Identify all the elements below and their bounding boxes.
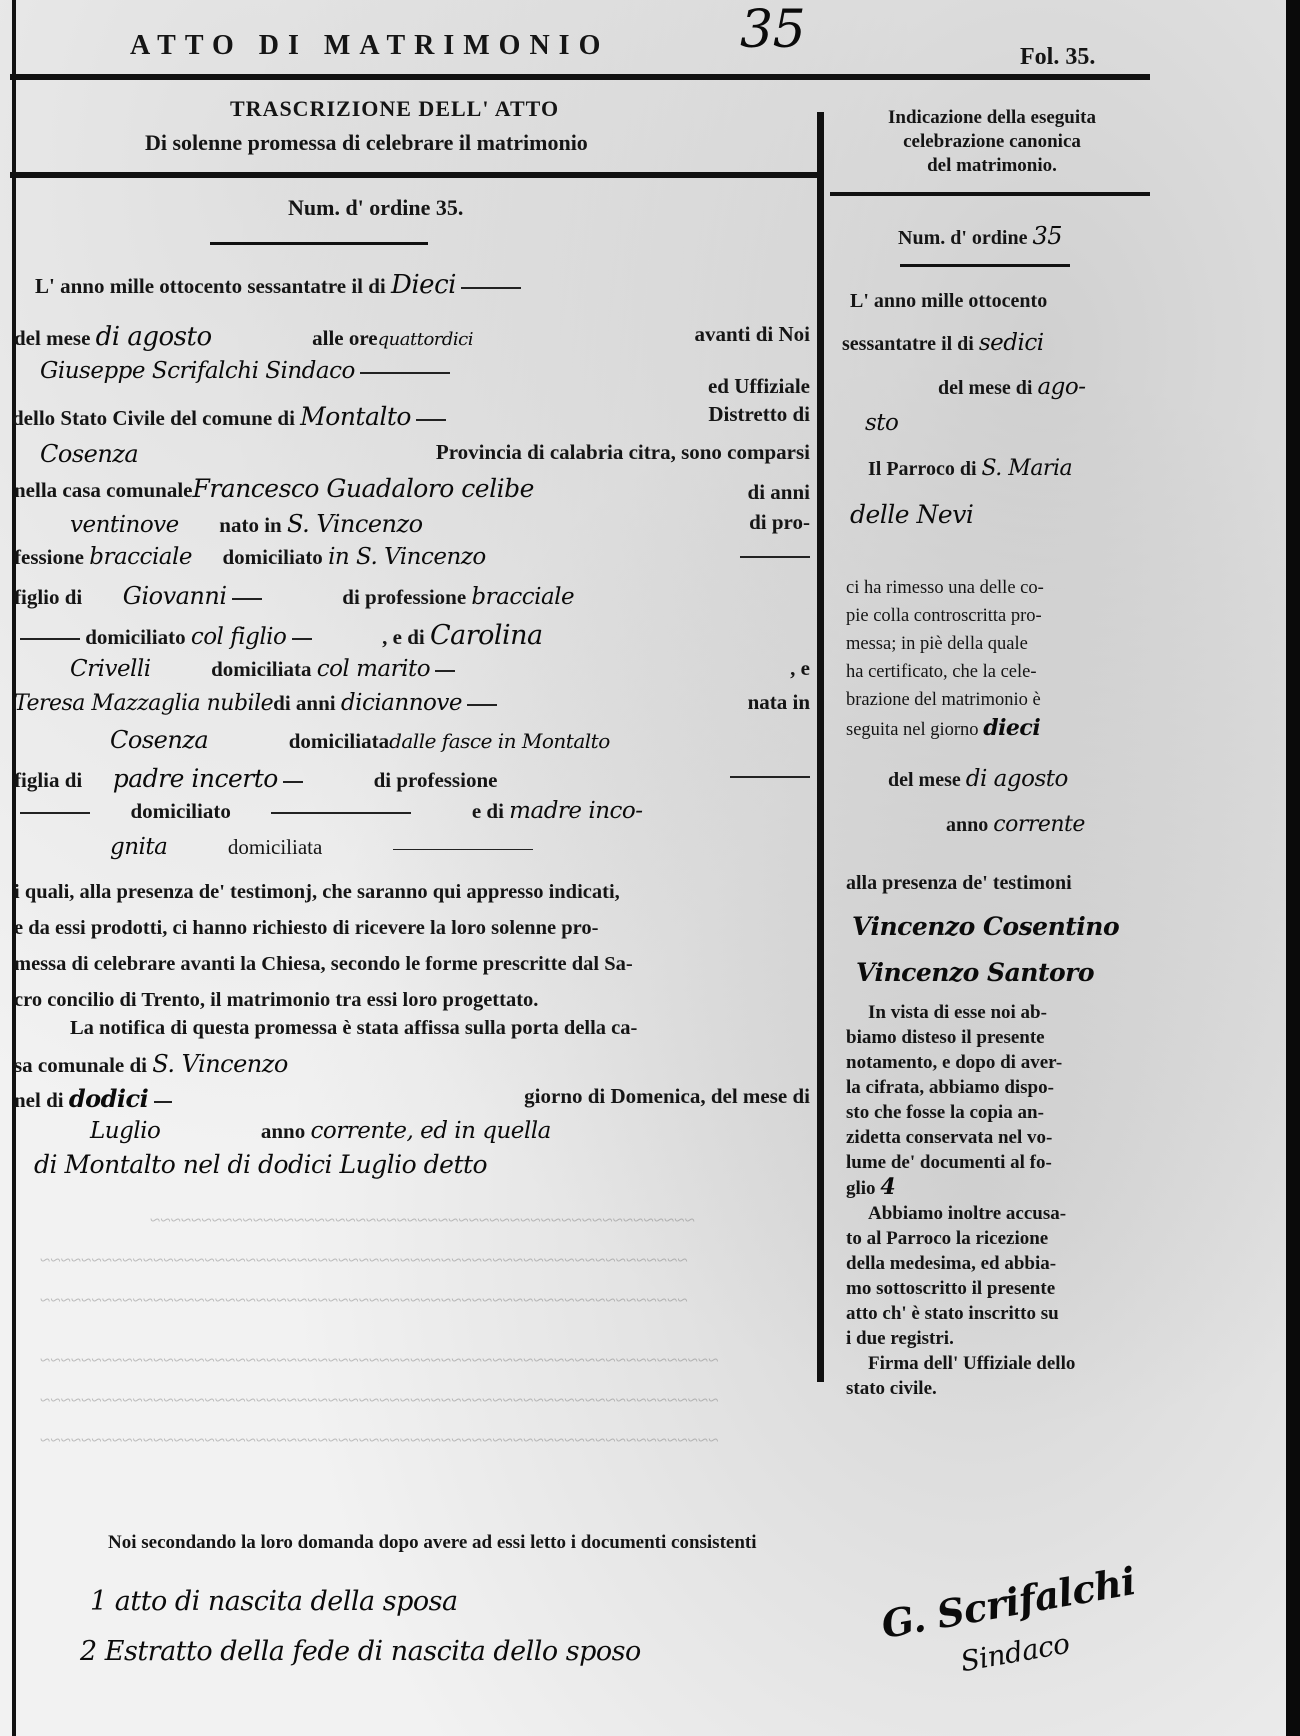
header-rule [10, 74, 1150, 80]
form-line-15: domiciliato e di madre inco- [20, 798, 810, 824]
right-heading: Indicazione della eseguita celebrazione … [842, 106, 1142, 178]
form-line-13: Cosenza domiciliatadalle fasce in Montal… [110, 726, 810, 754]
form-line-2: del mese di agosto alle orequattordici a… [14, 322, 810, 352]
right-line-5: Il Parroco di S. Maria [868, 456, 1072, 481]
form-line-5: Cosenza Provincia di calabria citra, son… [40, 440, 810, 468]
witness-1: Vincenzo Cosentino [852, 912, 1119, 941]
right-closing: In vista di esse noi ab- biamo disteso i… [846, 1000, 1075, 1401]
document-item-1: 1 atto di nascita della sposa [90, 1586, 458, 1617]
form-line-6: nella casa comunaleFrancesco Guadaloro c… [14, 474, 810, 505]
official-signature: G. Scrifalchi [878, 1558, 1139, 1647]
form-line-9: figlio di Giovanni di professione bracci… [14, 582, 810, 610]
left-heading: TRASCRIZIONE DELL' ATTO [230, 96, 559, 122]
form-line-3: Giuseppe Scrifalchi Sindaco ed Uffiziale [40, 358, 810, 399]
document-item-2: 2 Estratto della fede di nascita dello s… [80, 1636, 641, 1667]
official-signature-title: Sindaco [958, 1627, 1072, 1679]
left-subheading: Di solenne promessa di celebrare il matr… [145, 130, 588, 156]
bleed-through-text: ~~~~~~~~~~~~~~~~~~~~~~~~~~~~~~~~~~~~~~~~… [40, 1350, 718, 1372]
form-line-14: figlia di padre incerto di professione [14, 764, 810, 793]
bleed-through-text: ~~~~~~~~~~~~~~~~~~~~~~~~~~~~~~~~~~~~~~~~… [40, 1430, 718, 1452]
right-line-3: del mese di ago- [938, 374, 1086, 400]
form-line-8: fessione bracciale domiciliato in S. Vin… [14, 544, 810, 570]
witness-2: Vincenzo Santoro [856, 958, 1094, 987]
right-line-4: sto [865, 410, 898, 436]
right-mese: del mese di agosto [888, 766, 1068, 792]
form-line-16: gnita domiciliata [110, 834, 810, 860]
right-heading-rule [830, 192, 1150, 196]
form-line-4: dello Stato Civile del comune di Montalt… [12, 402, 810, 431]
notice-line-2: sa comunale di S. Vincenzo [14, 1050, 288, 1078]
notice-line-4: Luglio anno corrente, ed in quella [90, 1118, 810, 1144]
right-line-6: delle Nevi [850, 500, 973, 529]
notice-line-3: nel di dodici giorno di Domenica, del me… [14, 1084, 810, 1113]
form-line-1: L' anno mille ottocento sessantatre il d… [35, 270, 521, 300]
left-order-number: Num. d' ordine 35. [288, 195, 463, 221]
bleed-through-text: ~~~~~~~~~~~~~~~~~~~~~~~~~~~~~~~~~~~~~~~~… [40, 1390, 718, 1412]
right-line-1: L' anno mille ottocento [850, 290, 1047, 313]
folio-number: Fol. 35. [1020, 44, 1095, 71]
left-heading-rule [10, 172, 822, 178]
footer-statement: Noi secondando la loro domanda dopo aver… [108, 1532, 757, 1554]
bleed-through-text: ~~~~~~~~~~~~~~~~~~~~~~~~~~~~~~~~~~~~~~~~… [40, 1250, 688, 1272]
right-paragraph: ci ha rimesso una delle co- pie colla co… [846, 574, 1044, 744]
declaration-paragraph: i quali, alla presenza de' testimonj, ch… [14, 874, 633, 1018]
form-line-10: domiciliato col figlio , e di Carolina [20, 620, 810, 651]
document-page: ATTO DI MATRIMONIO 35 Fol. 35. TRASCRIZI… [0, 0, 1300, 1736]
right-order-underline [900, 264, 1070, 267]
right-line-2: sessantatre il di sedici [842, 330, 1044, 356]
right-anno: anno corrente [946, 812, 1085, 837]
notice-line-1: La notifica di questa promessa è stata a… [70, 1017, 637, 1040]
notice-line-5: di Montalto nel di dodici Luglio detto [34, 1150, 487, 1179]
document-title: ATTO DI MATRIMONIO [130, 30, 609, 62]
order-number-underline-a [210, 242, 320, 245]
form-line-12: Teresa Mazzaglia nubiledi anni diciannov… [14, 690, 810, 716]
form-line-7: ventinove nato in S. Vincenzo di pro- [70, 510, 810, 538]
form-line-11: Crivelli domiciliata col marito , e [70, 656, 810, 682]
bleed-through-text: ~~~~~~~~~~~~~~~~~~~~~~~~~~~~~~~~~~~~~~~~… [150, 1210, 695, 1232]
order-number-underline-b [318, 242, 428, 245]
column-divider [817, 112, 824, 1382]
handwritten-folio-mark: 35 [740, 0, 805, 60]
page-right-edge [1286, 0, 1300, 1736]
right-witness-label: alla presenza de' testimoni [846, 872, 1072, 895]
page-left-border [12, 0, 16, 1736]
bleed-through-text: ~~~~~~~~~~~~~~~~~~~~~~~~~~~~~~~~~~~~~~~~… [40, 1290, 688, 1312]
right-order-number: Num. d' ordine 35 [898, 222, 1062, 250]
